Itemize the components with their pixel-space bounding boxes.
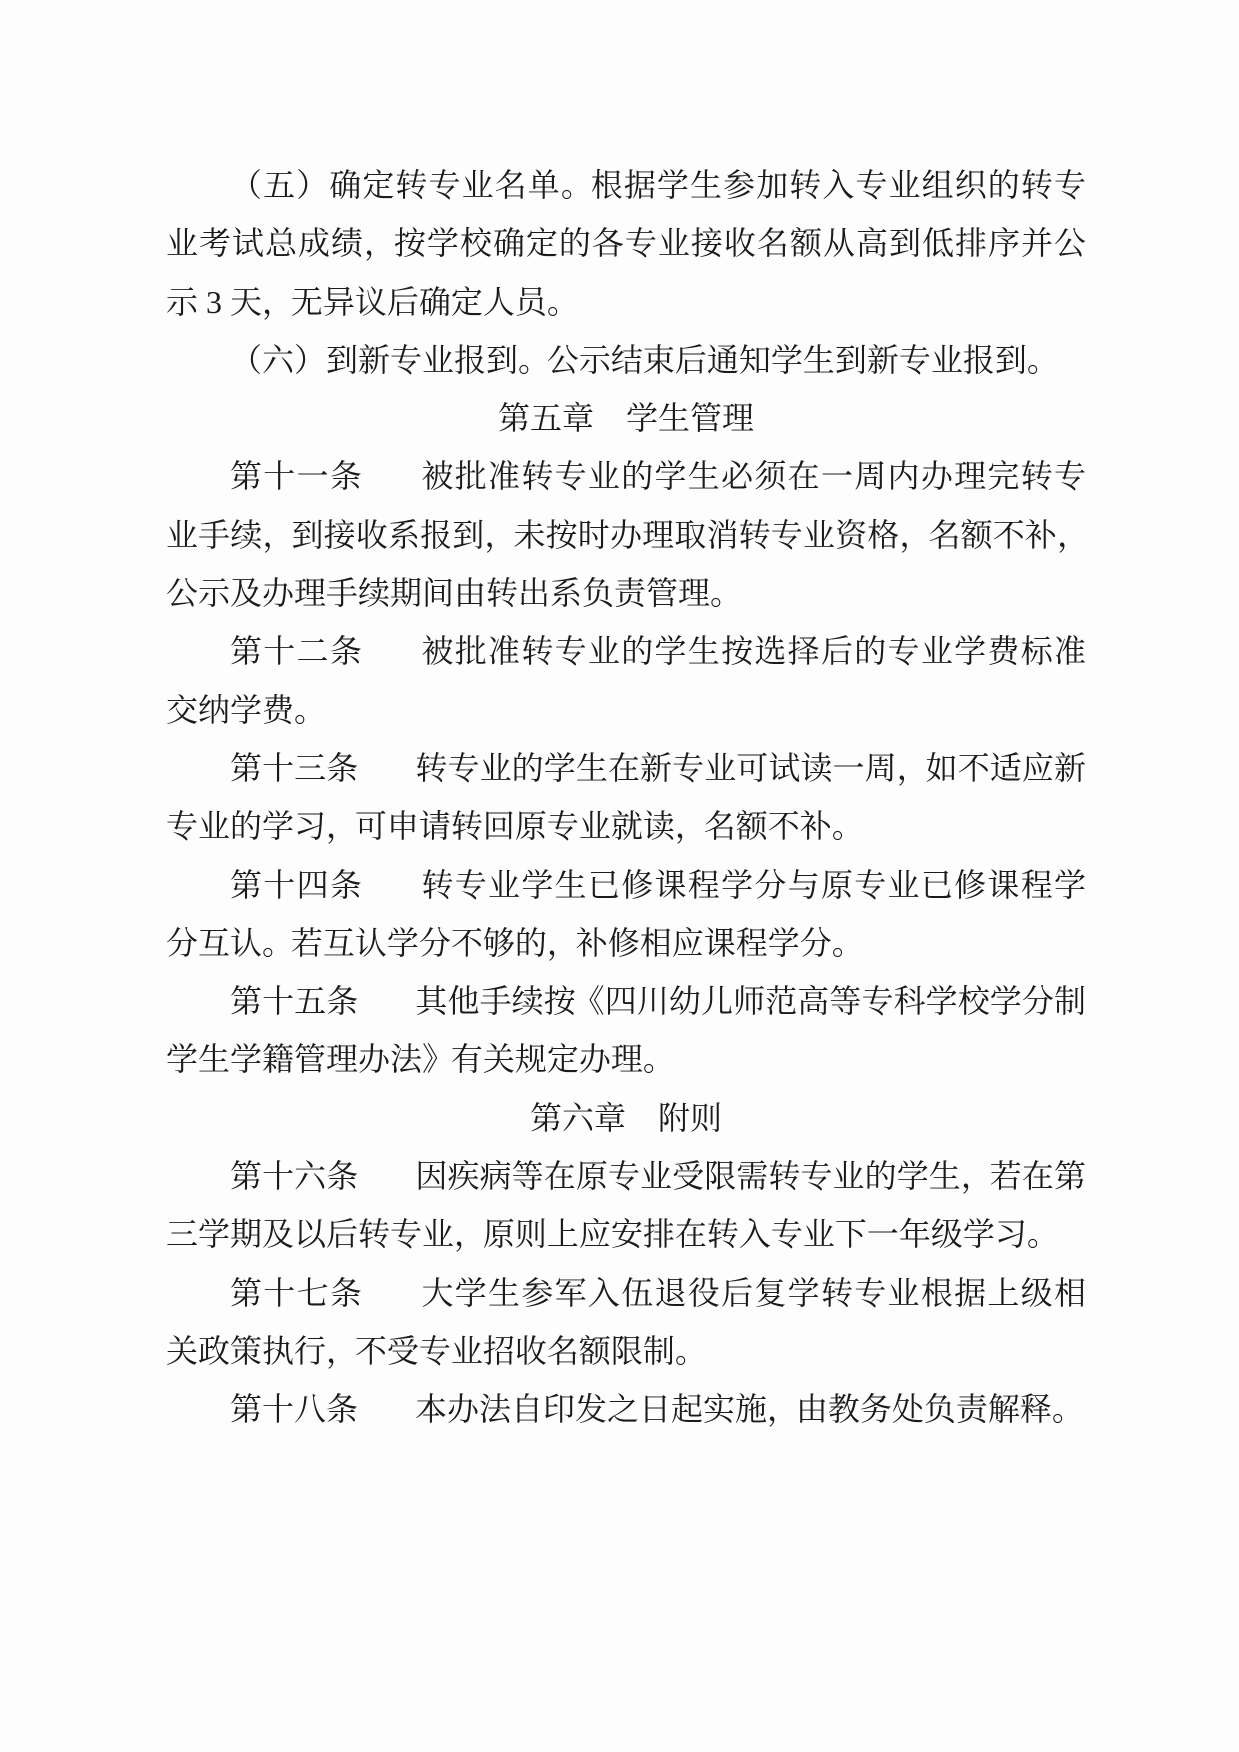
fullwidth-punctuation: 。 [262,925,294,961]
fullwidth-punctuation: 。 [1052,1391,1084,1427]
fullwidth-punctuation: ， [897,750,929,786]
body-paragraph: 第十四条转专业学生已修课程学分与原专业已修课程学分互认。若互认学分不够的，补修相… [166,856,1086,973]
article-number-gap [358,1419,415,1420]
body-paragraph: 第十八条本办法自印发之日起实施，由教务处负责解释。 [166,1380,1086,1438]
body-paragraph: 第十二条被批准转专业的学生按选择后的专业学费标准交纳学费。 [166,622,1086,739]
fullwidth-punctuation: 。 [561,167,594,203]
chapter-heading: 第五章 学生管理 [166,389,1086,447]
body-paragraph: （五）确定转专业名单。根据学生参加转入专业组织的转专业考试总成绩，按学校确定的各… [166,156,1086,331]
body-paragraph: 第十三条转专业的学生在新专业可试读一周，如不适应新专业的学习，可申请转回原专业就… [166,739,1086,856]
article-number-gap [363,661,420,662]
fullwidth-punctuation: 。 [294,692,326,728]
chapter-heading: 第六章 附则 [166,1089,1086,1147]
fullwidth-punctuation: 。 [1027,1216,1059,1252]
fullwidth-punctuation: ， [961,1158,993,1194]
fullwidth-punctuation: 。 [710,575,742,611]
fullwidth-punctuation: ， [262,284,294,320]
document-page: （五）确定转专业名单。根据学生参加转入专业组织的转专业考试总成绩，按学校确定的各… [0,0,1239,1752]
fullwidth-punctuation: 《 [573,983,605,1019]
article-number-gap [358,1186,415,1187]
fullwidth-punctuation: ， [547,925,579,961]
article-number-gap [363,1303,420,1304]
fullwidth-punctuation: ， [767,1391,799,1427]
fullwidth-punctuation: 。 [547,284,579,320]
document-body: （五）确定转专业名单。根据学生参加转入专业组织的转专业考试总成绩，按学校确定的各… [166,156,1086,1439]
fullwidth-punctuation: ， [899,517,931,553]
body-paragraph: 第十一条被批准转专业的学生必须在一周内办理完转专业手续，到接收系报到，未按时办理… [166,447,1086,622]
fullwidth-punctuation: ， [263,517,295,553]
fullwidth-punctuation: ， [484,517,516,553]
article-number-gap [358,778,415,779]
body-paragraph: 第十六条因疾病等在原专业受限需转专业的学生，若在第三学期及以后转专业，原则上应安… [166,1147,1086,1264]
fullwidth-punctuation: 。 [1027,342,1059,378]
fullwidth-punctuation: ， [364,225,397,261]
fullwidth-punctuation: ， [454,1216,486,1252]
body-paragraph: 第十五条其他手续按《四川幼儿师范高等专科学校学分制学生学籍管理办法》有关规定办理… [166,972,1086,1089]
body-paragraph: 第十七条大学生参军入伍退役后复学转专业根据上级相关政策执行，不受专业招收名额限制… [166,1264,1086,1381]
body-paragraph: （六）到新专业报到。公示结束后通知学生到新专业报到。 [166,331,1086,389]
fullwidth-punctuation: 。 [643,1041,675,1077]
article-number-gap [363,895,420,896]
fullwidth-punctuation: 。 [675,1333,707,1369]
fullwidth-punctuation: 》 [422,1041,454,1077]
fullwidth-punctuation: 。 [832,808,864,844]
article-number-gap [358,1011,415,1012]
fullwidth-punctuation: ， [1057,517,1089,553]
fullwidth-punctuation: ， [326,1333,358,1369]
article-number-gap [363,486,420,487]
fullwidth-punctuation: 。 [832,925,864,961]
fullwidth-punctuation: ， [326,808,358,844]
fullwidth-punctuation: 。 [518,342,550,378]
fullwidth-punctuation: ， [675,808,707,844]
